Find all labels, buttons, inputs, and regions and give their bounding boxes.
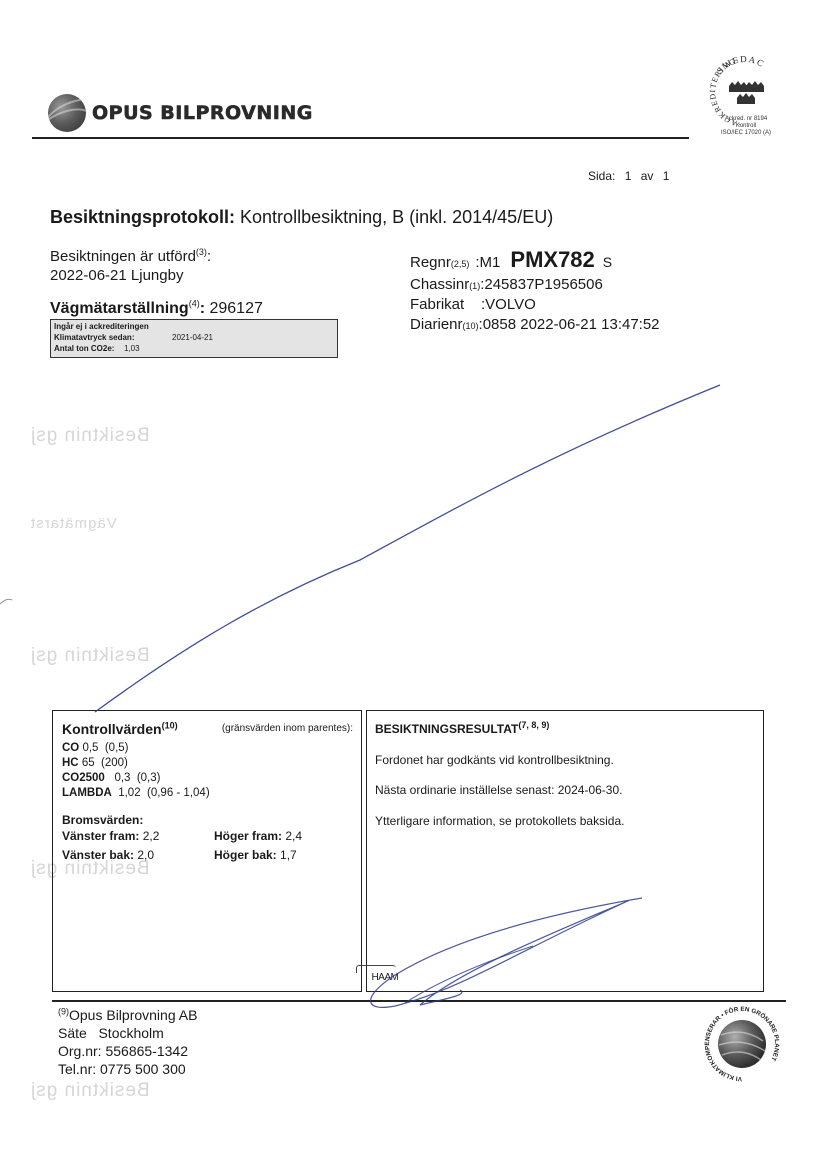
page-title: Besiktningsprotokoll: Kontrollbesiktning… — [50, 207, 553, 228]
page-label: Sida: — [588, 169, 615, 183]
odometer-reading: Vägmätarställning(4): 296127 — [50, 300, 263, 318]
company-logo: OPUS BILPROVNING — [48, 94, 313, 132]
regnr-suffix: S — [603, 252, 612, 272]
make-label: Fabrikat — [410, 295, 481, 315]
result-next-inspection: Nästa ordinarie inställelse senast: 2024… — [375, 783, 622, 797]
bleed-through-text: Vägmätarst — [30, 515, 117, 532]
company-logo-text: OPUS BILPROVNING — [92, 102, 313, 124]
page-indicator: Sida: 1 av 1 — [588, 169, 669, 183]
vehicle-category: M1 — [480, 253, 501, 273]
inspector-id: MAAH — [372, 972, 399, 983]
result-approved: Fordonet har godkänts vid kontrollbesikt… — [375, 753, 614, 767]
page-of-label: av — [641, 169, 654, 183]
footer-footnote: (9) — [58, 1006, 69, 1016]
result-title: BESIKTNINGSRESULTAT(7, 8, 9) — [375, 722, 549, 736]
climate-since-label: Klimatavtryck sedan: — [54, 332, 172, 343]
limits-note: (gränsvärden inom parentes): — [222, 723, 353, 734]
brake-front-left: Vänster fram: 2,2 — [62, 827, 214, 846]
bleed-through-text: Besiktnin gsj — [30, 645, 150, 667]
header-divider — [32, 137, 689, 139]
odometer-value: 296127 — [209, 300, 262, 317]
footer-seat: Säte Stockholm — [58, 1024, 197, 1042]
page-total: 1 — [663, 169, 670, 183]
climate-since-value: 2021-04-21 — [172, 332, 213, 343]
result-more-info: Ytterligare information, se protokollets… — [375, 814, 624, 828]
footer-org-number: Org.nr: 556865-1342 — [58, 1042, 197, 1060]
emission-row: HC 65 (200) — [62, 756, 210, 771]
diagonal-pen-line — [95, 385, 720, 712]
accreditation-number: Ackred. nr 8194 — [696, 116, 796, 123]
globe-logo-icon — [48, 94, 86, 132]
footer-company: Opus Bilprovning AB — [69, 1007, 197, 1023]
accreditation-type: Kontroll — [696, 123, 796, 130]
inspection-performed: Besiktningen är utförd(3): 2022-06-21 Lj… — [50, 247, 211, 285]
chassis-number: 245837P1956506 — [484, 275, 602, 295]
footer-phone: Tel.nr: 0775 500 300 — [58, 1060, 197, 1078]
co2-value: 1,03 — [124, 343, 140, 354]
odometer-label: Vägmätarställning — [50, 300, 189, 317]
title-rest: Kontrollbesiktning, B (inkl. 2014/45/EU) — [240, 207, 553, 227]
title-bold: Besiktningsprotokoll: — [50, 207, 235, 227]
chassis-label: Chassinr — [410, 275, 469, 295]
diary-number: 0858 2022-06-21 13:47:52 — [483, 315, 660, 335]
performed-footnote: (3) — [196, 247, 207, 257]
vehicle-info: Regnr(2,5) :M1 PMX782 S Chassinr(1):2458… — [410, 250, 660, 335]
accreditation-standard: ISO/IEC 17020 (A) — [696, 130, 796, 137]
bleed-through-text: Besiktnin gsj — [30, 1080, 150, 1102]
brake-rear-left: Vänster bak: 2,0 — [62, 846, 214, 865]
climate-compensation-badge-icon: VI KLIMATKOMPENSERAR • FÖR EN GRÖNARE PL… — [703, 1005, 781, 1083]
page-current: 1 — [625, 169, 632, 183]
control-values-footnote: (10) — [162, 720, 178, 730]
co2-label: Antal ton CO2e: — [54, 343, 124, 354]
bleed-through-text: Besiktnin gsj — [30, 425, 150, 447]
odometer-footnote: (4) — [189, 299, 200, 309]
brake-rear-right: Höger bak: 1,7 — [214, 846, 354, 865]
climate-footprint-box: Ingår ej i ackrediteringen Klimatavtryck… — [50, 319, 338, 358]
registration-number: PMX782 — [510, 250, 594, 270]
emission-row: CO2500 0,3 (0,3) — [62, 771, 210, 786]
inspection-result-box: BESIKTNINGSRESULTAT(7, 8, 9) Fordonet ha… — [366, 710, 764, 992]
brake-values: Vänster fram: 2,2 Höger fram: 2,4 Vänste… — [62, 827, 354, 865]
vehicle-make: VOLVO — [485, 295, 536, 315]
performed-value: 2022-06-21 Ljungby — [50, 266, 211, 285]
control-values-title: Kontrollvärden(10) — [62, 721, 178, 737]
diary-label: Diarienr — [410, 315, 463, 335]
emission-row: CO 0,5 (0,5) — [62, 741, 210, 756]
performed-label: Besiktningen är utförd — [50, 248, 196, 265]
climate-heading: Ingår ej i ackrediteringen — [54, 321, 334, 332]
company-footer: (9)Opus Bilprovning AB Säte Stockholm Or… — [58, 1006, 197, 1078]
brake-front-right: Höger fram: 2,4 — [214, 827, 354, 846]
emission-values: CO 0,5 (0,5) HC 65 (200) CO2500 0,3 (0,3… — [62, 741, 210, 801]
footer-divider — [52, 1000, 786, 1002]
result-footnote: (7, 8, 9) — [518, 720, 549, 730]
regnr-label: Regnr — [410, 253, 451, 273]
brake-values-title: Bromsvärden: — [62, 813, 143, 827]
emission-row: LAMBDA 1,02 (0,96 - 1,04) — [62, 786, 210, 801]
control-values-box: Kontrollvärden(10) (gränsvärden inom par… — [52, 710, 362, 992]
accreditation-caption: Ackred. nr 8194 Kontroll ISO/IEC 17020 (… — [696, 116, 796, 137]
